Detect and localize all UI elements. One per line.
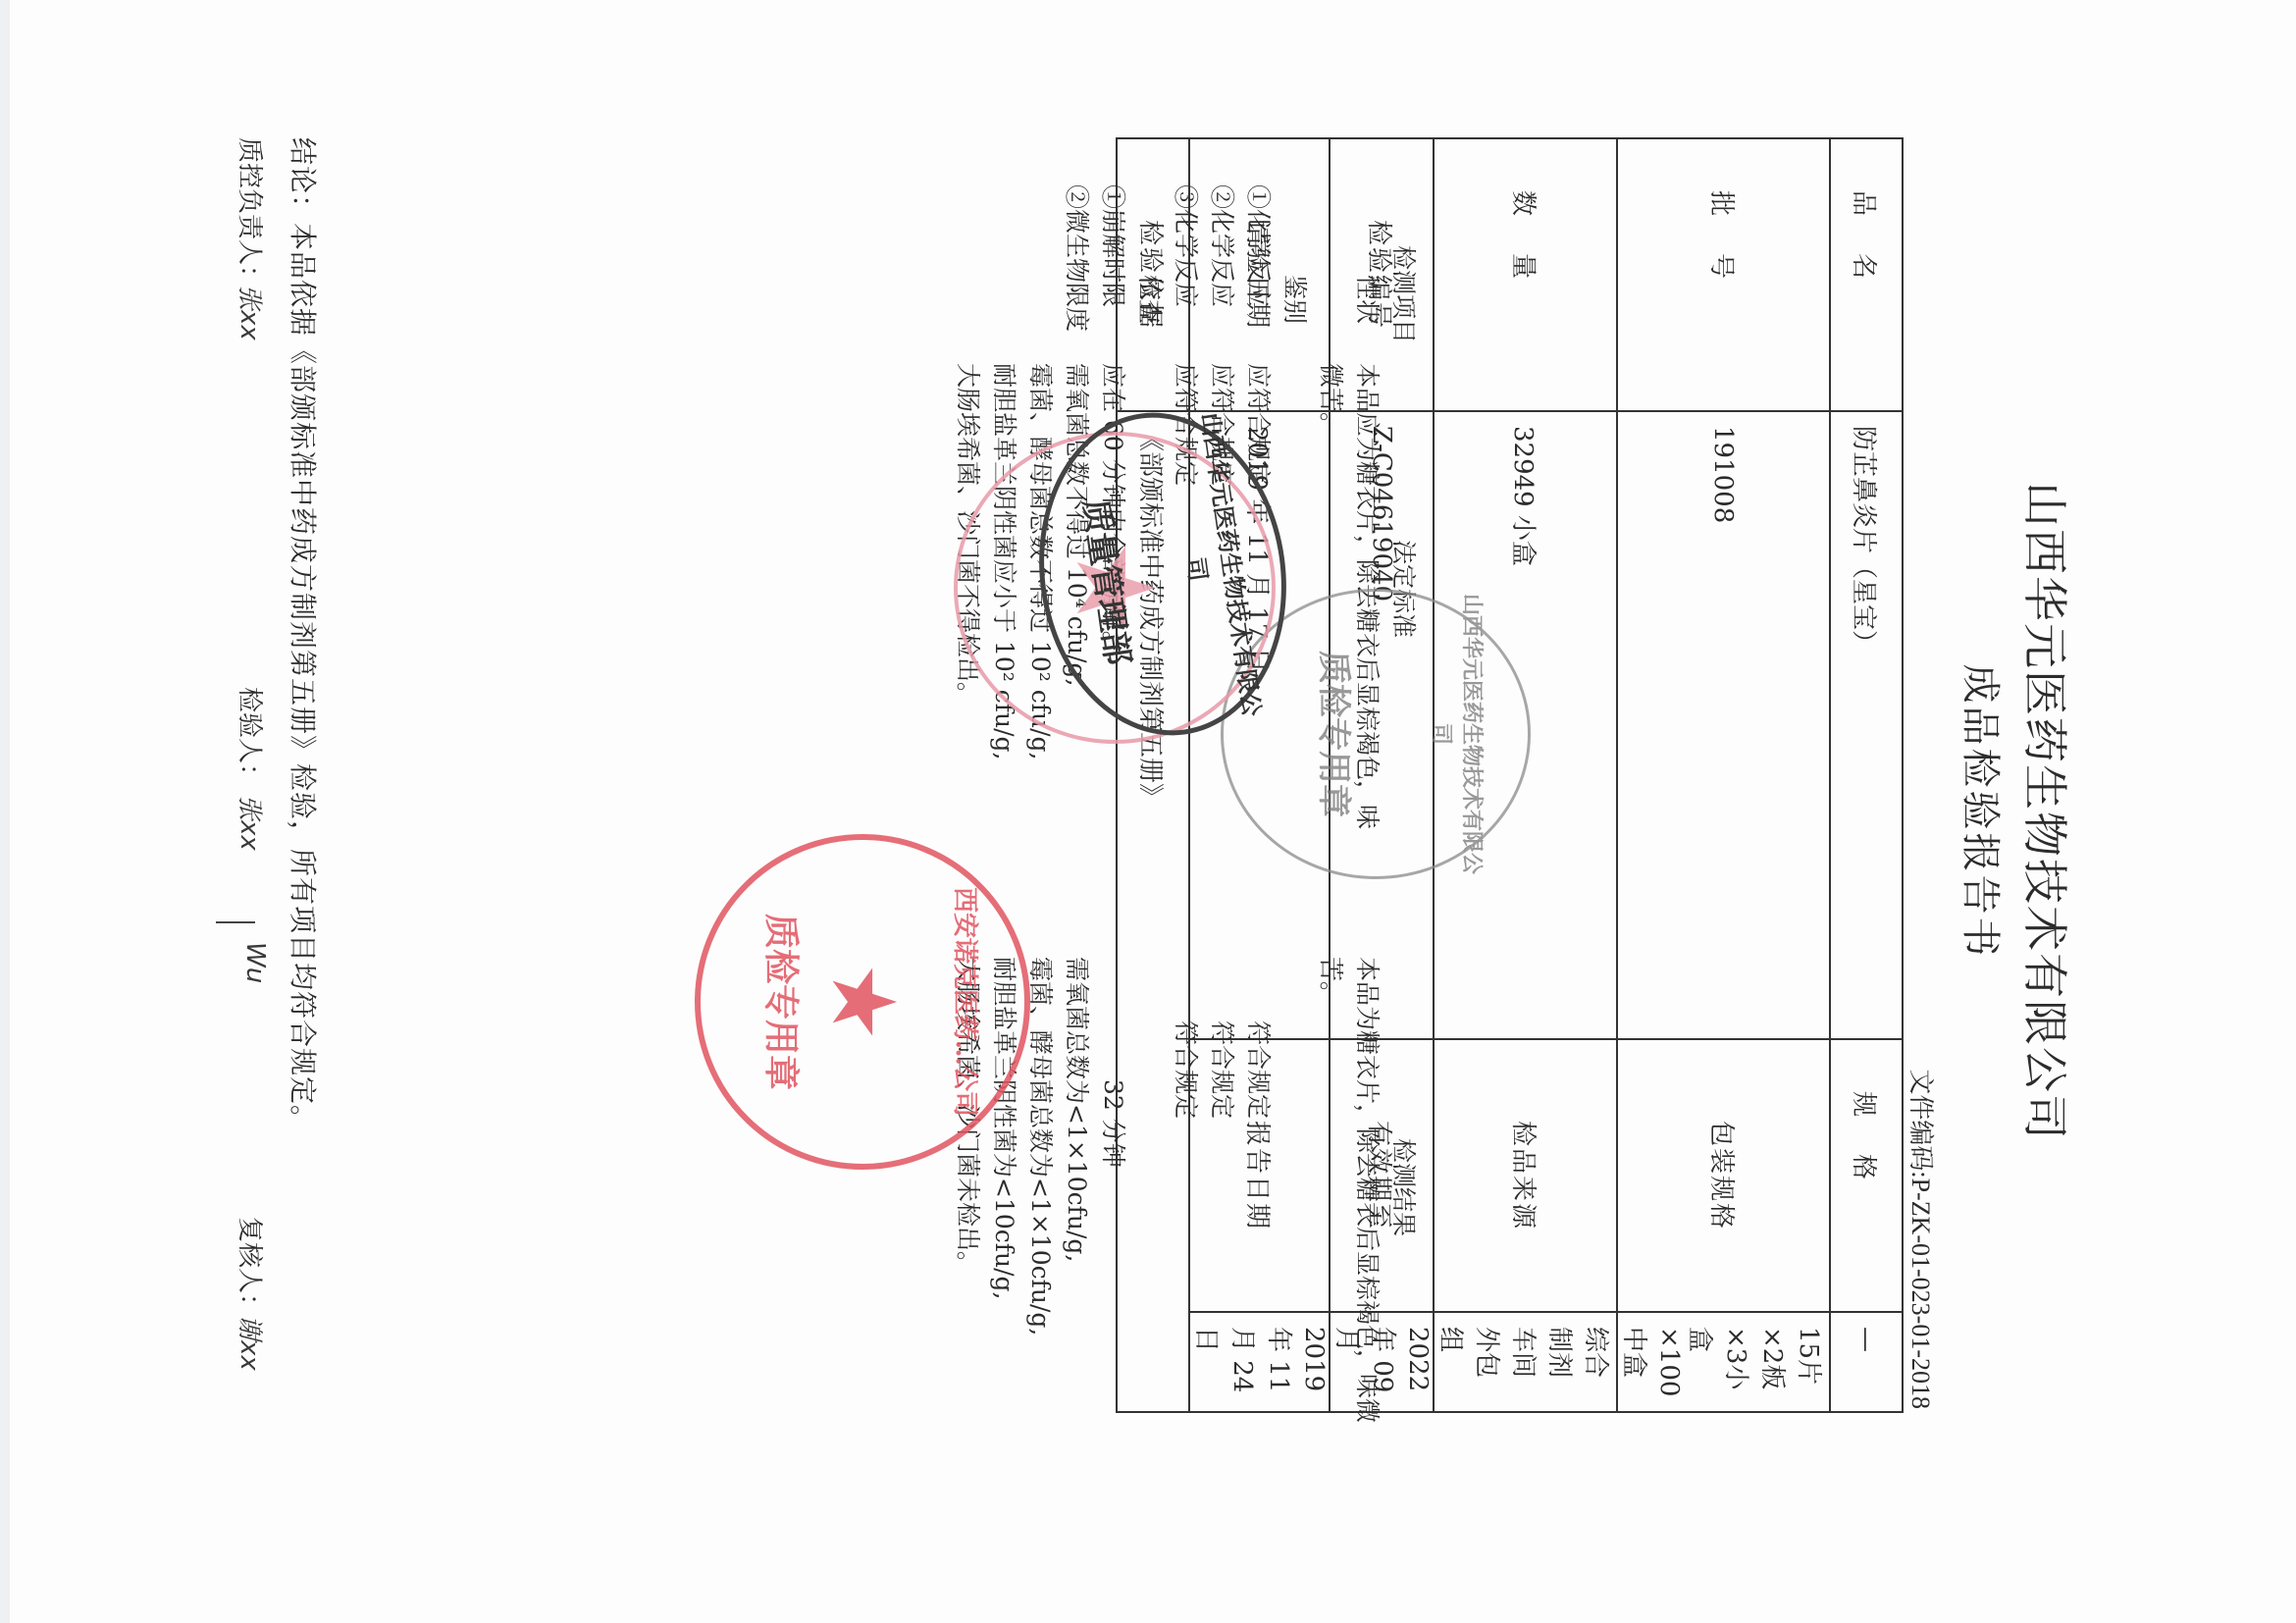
header-result: 检测结果 [1387, 1138, 1423, 1236]
value-product-name: 防芷鼻炎片（星宝） [1830, 411, 1903, 1039]
result-character-2: 苦。 [1315, 957, 1350, 1006]
label-quantity: 数量 [1434, 138, 1617, 411]
label-spec: 规格 [1830, 1039, 1903, 1312]
test-row: 大肠埃希菌、沙门菌不得检出。 大肠埃希菌、沙门菌未检出。 [951, 137, 987, 1492]
label-sample-source: 检品来源 [1434, 1039, 1617, 1312]
document-code: 文件编码:P-ZK-01-023-01-2018 [1905, 1069, 1941, 1409]
quality-inspection-stamp-red: 西安诺克医药…公司 ★ 质检专用章 [695, 834, 1030, 1170]
stamp-text: 西安诺克医药…公司 [949, 840, 985, 1164]
value-sample-source: 综合制剂车间外包组 [1434, 1312, 1617, 1412]
table-row: 品名 防芷鼻炎片（星宝） 规格 — [1830, 138, 1903, 1412]
reviewer-label: 复核人： [234, 1217, 270, 1319]
test-row: ③化学反应 应符合规定 符合规定 [1169, 137, 1205, 1492]
report-title: 成品检验报告书 [1956, 0, 2011, 1623]
value-package-spec: 15片×2板×3小盒×100中盒 [1617, 1312, 1830, 1412]
qc-head-signature: 张xx [234, 285, 270, 340]
inspector-signature-2: Wu [240, 942, 270, 983]
label-product-name: 品名 [1830, 138, 1903, 411]
label-batch-number: 批号 [1617, 138, 1830, 411]
item-id-3: ③化学反应 [1170, 184, 1205, 307]
result-microbial-1: 需氧菌总数为<1×10cfu/g, [1061, 957, 1096, 1262]
item-id-2: ②化学反应 [1206, 184, 1241, 307]
report-page: 山西华元医药生物技术有限公司 成品检验报告书 文件编码:P-ZK-01-023-… [0, 0, 2296, 1623]
test-row: ②微生物限度 需氧菌总数不得过 10⁴ cfu/g, 需氧菌总数为<1×10cf… [1060, 137, 1096, 1492]
result-id-1: 符合规定 [1242, 1021, 1278, 1119]
page-edge [0, 0, 10, 1623]
identification-label: 鉴别 [1278, 275, 1314, 324]
stamp-text: 山西华元医药生物技术有限公司 [1428, 592, 1488, 876]
item-character: 性状 [1351, 275, 1386, 324]
inspector-label: 检验人： [234, 687, 270, 789]
result-id-3: 符合规定 [1170, 1021, 1205, 1119]
header-item: 检测项目 [1387, 245, 1423, 343]
value-spec: — [1830, 1312, 1903, 1412]
stamp-text: 质检专用章 [1313, 592, 1361, 876]
star-icon: ★ [818, 963, 907, 1042]
reviewer-signature: 谢xx [234, 1315, 270, 1371]
signature-stroke [216, 921, 255, 923]
value-batch-number: 191008 [1617, 411, 1830, 1039]
label-package-spec: 包装规格 [1617, 1039, 1830, 1312]
item-id-1: ①化学反应 [1242, 184, 1278, 307]
company-name: 山西华元医药生物技术有限公司 [2015, 0, 2080, 1623]
test-row: 霉菌、酵母菌总数不得过 10² cfu/g, 霉菌、酵母菌总数为<1×10cfu… [1023, 137, 1060, 1492]
test-row: ②化学反应 应符合规定 符合规定 [1205, 137, 1241, 1492]
examination-label: 检查 [1133, 275, 1169, 324]
stamp-text: 质检专用章 [758, 840, 809, 1164]
conclusion: 结论：本品依据《部颁标准中药成方制剂第五册》检验，所有项目均符合规定。 [285, 137, 324, 1133]
section-examination: 检查 [1132, 137, 1169, 1492]
result-disintegration: 32 分钟 [1097, 1079, 1132, 1168]
result-character-1: 本品为糖衣片，除去糖衣后显棕褐色，味微 [1351, 957, 1386, 1423]
standard-character-2: 微苦。 [1315, 363, 1350, 437]
result-id-2: 符合规定 [1206, 1021, 1241, 1119]
item-microbial: ②微生物限度 [1061, 184, 1096, 332]
item-disintegration: ①崩解时限 [1097, 184, 1132, 307]
inspector-signature: 张xx [234, 795, 270, 851]
table-row: 批号 191008 包装规格 15片×2板×3小盒×100中盒 [1617, 138, 1830, 1412]
qc-head-label: 质控负责人： [234, 137, 270, 290]
test-row: ①崩解时限 应在 60 分钟内全部崩解。 32 分钟 [1096, 137, 1132, 1492]
test-row: 耐胆盐革兰阴性菌应小于 10² cfu/g, 耐胆盐革兰阴性菌为<10cfu/g… [987, 137, 1023, 1492]
